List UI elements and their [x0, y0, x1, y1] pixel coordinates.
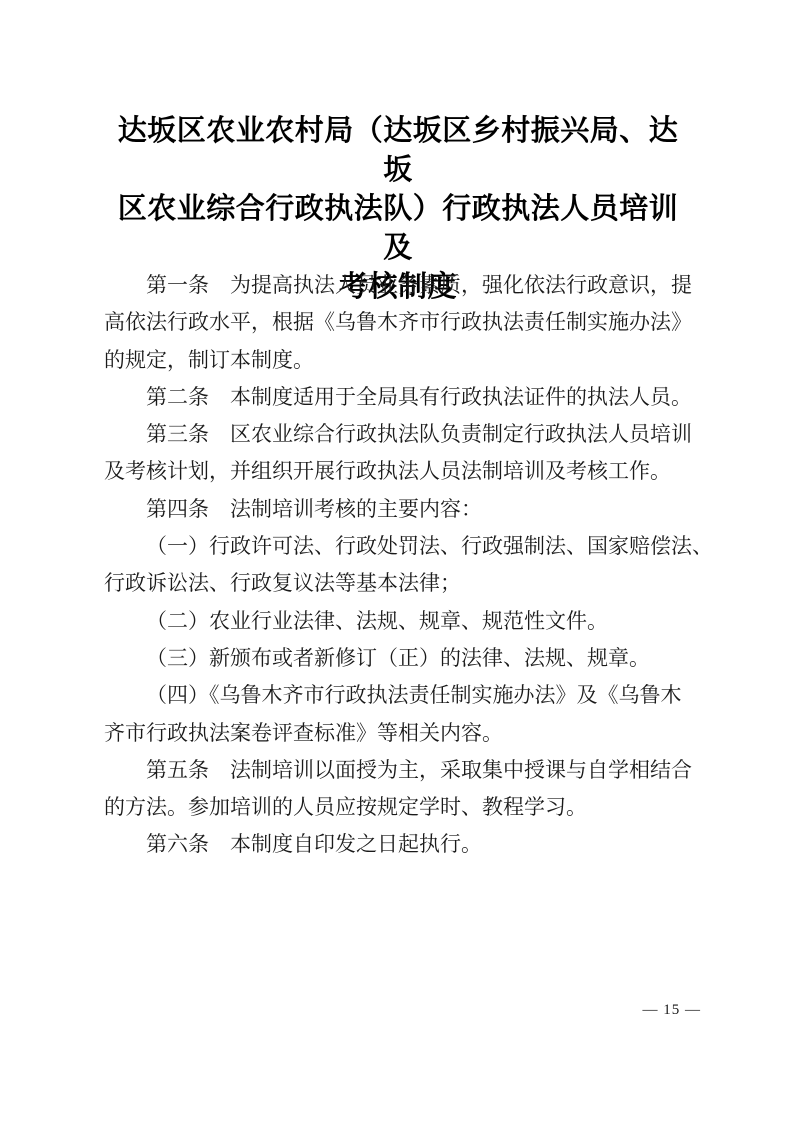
paragraph-line: （一）行政许可法、行政处罚法、行政强制法、国家赔偿法、 [104, 528, 692, 565]
paragraph-line: 第六条 本制度自印发之日起执行。 [104, 826, 692, 863]
page-number: — 15 — [643, 1002, 702, 1018]
paragraph-line: 第三条 区农业综合行政执法队负责制定行政执法人员培训 [104, 416, 692, 453]
paragraph-line: 的规定，制订本制度。 [104, 342, 692, 379]
paragraph: 第六条 本制度自印发之日起执行。 [104, 826, 692, 863]
document-body: 第一条 为提高执法人员业务素质，强化依法行政意识，提高依法行政水平，根据《乌鲁木… [104, 267, 692, 864]
paragraph: （三）新颁布或者新修订（正）的法律、法规、规章。 [104, 640, 692, 677]
paragraph: 第一条 为提高执法人员业务素质，强化依法行政意识，提高依法行政水平，根据《乌鲁木… [104, 267, 692, 379]
paragraph: 第二条 本制度适用于全局具有行政执法证件的执法人员。 [104, 379, 692, 416]
paragraph-line: （二）农业行业法律、法规、规章、规范性文件。 [104, 603, 692, 640]
paragraph: （四）《乌鲁木齐市行政执法责任制实施办法》及《乌鲁木齐市行政执法案卷评查标准》等… [104, 677, 692, 752]
title-line-2: 区农业综合行政执法队）行政执法人员培训及 [104, 190, 692, 268]
page-footer: — 15 — [0, 1002, 793, 1019]
paragraph-line: 第四条 法制培训考核的主要内容： [104, 491, 692, 528]
paragraph: 第三条 区农业综合行政执法队负责制定行政执法人员培训及考核计划，并组织开展行政执… [104, 416, 692, 491]
paragraph: 第五条 法制培训以面授为主，采取集中授课与自学相结合的方法。参加培训的人员应按规… [104, 752, 692, 827]
paragraph-line: （三）新颁布或者新修订（正）的法律、法规、规章。 [104, 640, 692, 677]
paragraph: （一）行政许可法、行政处罚法、行政强制法、国家赔偿法、行政诉讼法、行政复议法等基… [104, 528, 692, 603]
paragraph: 第四条 法制培训考核的主要内容： [104, 491, 692, 528]
document-page: 达坂区农业农村局（达坂区乡村振兴局、达坂 区农业综合行政执法队）行政执法人员培训… [0, 0, 793, 1122]
paragraph-line: 第二条 本制度适用于全局具有行政执法证件的执法人员。 [104, 379, 692, 416]
paragraph: （二）农业行业法律、法规、规章、规范性文件。 [104, 603, 692, 640]
paragraph-line: 的方法。参加培训的人员应按规定学时、教程学习。 [104, 789, 692, 826]
paragraph-line: 第五条 法制培训以面授为主，采取集中授课与自学相结合 [104, 752, 692, 789]
paragraph-line: 高依法行政水平，根据《乌鲁木齐市行政执法责任制实施办法》 [104, 304, 692, 341]
paragraph-line: 齐市行政执法案卷评查标准》等相关内容。 [104, 715, 692, 752]
title-line-1: 达坂区农业农村局（达坂区乡村振兴局、达坂 [104, 112, 692, 190]
paragraph-line: 第一条 为提高执法人员业务素质，强化依法行政意识，提 [104, 267, 692, 304]
paragraph-line: （四）《乌鲁木齐市行政执法责任制实施办法》及《乌鲁木 [104, 677, 692, 714]
paragraph-line: 行政诉讼法、行政复议法等基本法律； [104, 565, 692, 602]
paragraph-line: 及考核计划，并组织开展行政执法人员法制培训及考核工作。 [104, 453, 692, 490]
